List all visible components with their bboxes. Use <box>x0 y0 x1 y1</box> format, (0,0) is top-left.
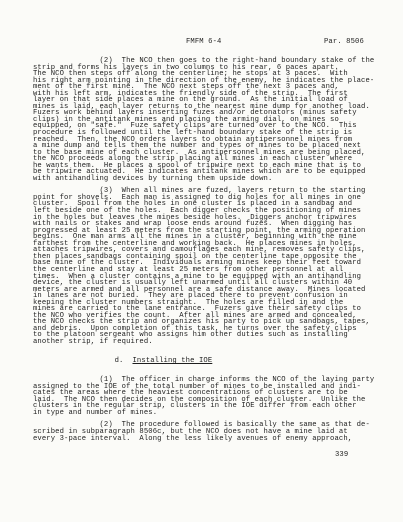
paragraph-d2: (2) The procedure followed is basically … <box>33 422 385 442</box>
section-heading-d: d.Installing the IOE <box>33 352 385 372</box>
page-number: 339 <box>335 451 348 459</box>
paragraph-d1: (1) The officer in charge informs the NC… <box>33 377 385 416</box>
document-body: (2) The NCO then goes to the right-hand … <box>33 58 385 448</box>
paragraph-reference: Par. 8506 <box>324 38 364 46</box>
section-title: Installing the IOE <box>132 357 212 365</box>
page-header: FMFM 6-4 Par. 8506 <box>0 38 403 48</box>
paragraph-c2: (2) The NCO then goes to the right-hand … <box>33 58 385 182</box>
manual-number: FMFM 6-4 <box>186 38 221 46</box>
paragraph-c3: (3) When all mines are fuzed, layers ret… <box>33 188 385 345</box>
section-letter: d. <box>115 357 124 365</box>
document-page: FMFM 6-4 Par. 8506 (2) The NCO then goes… <box>0 0 403 522</box>
